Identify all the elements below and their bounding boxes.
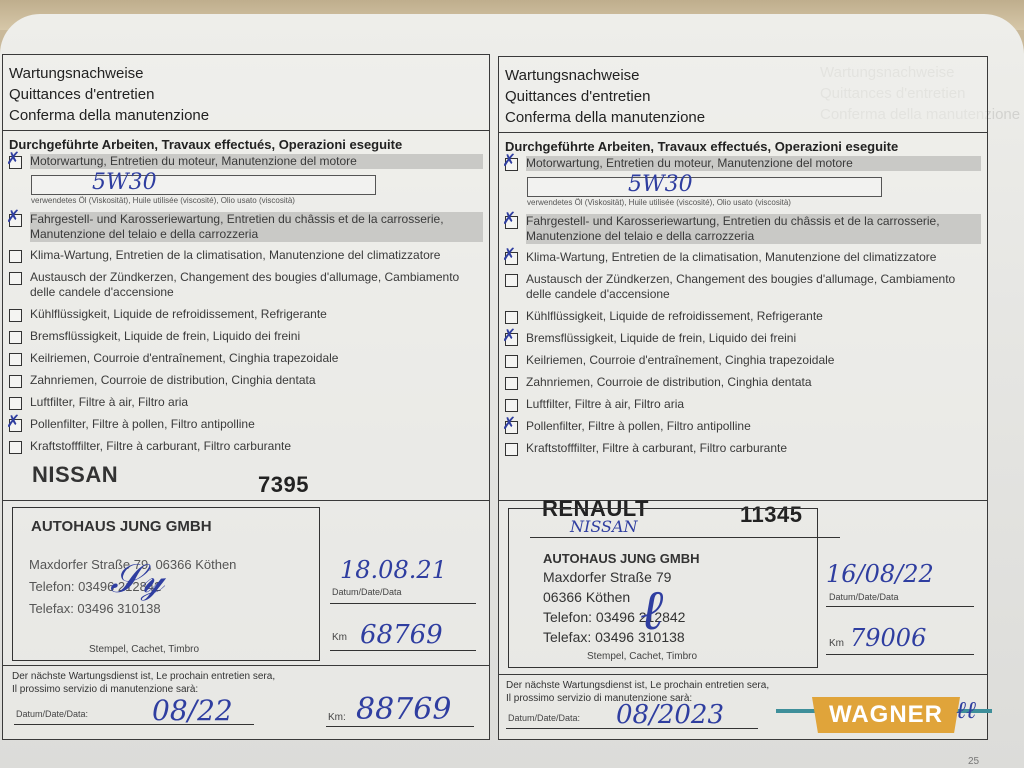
check-mark-icon: ✗ bbox=[6, 414, 20, 431]
next-service-text: Der nächste Wartungsdienst ist, Le proch… bbox=[12, 670, 275, 696]
page-number: 25 bbox=[968, 756, 979, 767]
oil-viscosity-field[interactable]: 5W30 bbox=[31, 175, 376, 195]
divider bbox=[2, 665, 490, 666]
checklist-item: Luftfilter, Filtre à air, Filtro aria bbox=[499, 397, 987, 412]
checked-checkbox[interactable]: ✗ bbox=[505, 158, 518, 171]
checklist-item: Kühlflüssigkeit, Liquide de refroidissem… bbox=[3, 307, 489, 322]
date-label: Datum/Date/Data bbox=[829, 592, 899, 602]
oil-viscosity-value: 5W30 bbox=[628, 172, 693, 197]
title-de: Wartungsnachweise bbox=[505, 65, 981, 86]
check-mark-icon: ✗ bbox=[502, 416, 516, 433]
dealer-number: 7395 bbox=[258, 472, 309, 498]
oil-caption: verwendetes Öl (Viskosität), Huile utili… bbox=[31, 196, 489, 205]
checkbox[interactable] bbox=[505, 311, 518, 324]
checked-checkbox[interactable]: ✗ bbox=[9, 156, 22, 169]
underline bbox=[826, 606, 974, 607]
km-label: Km bbox=[332, 632, 347, 643]
checkbox[interactable] bbox=[505, 399, 518, 412]
checklist-item: ✗Fahrgestell- und Karosseriewartung, Ent… bbox=[499, 214, 987, 244]
logo-text: WAGNER bbox=[829, 701, 943, 729]
checklist-item-label: Austausch der Zündkerzen, Changement des… bbox=[526, 272, 981, 302]
service-date: 16/08/22 bbox=[826, 560, 934, 588]
logo-plate: WAGNER bbox=[812, 697, 960, 733]
next-date-label: Datum/Date/Data: bbox=[16, 709, 88, 719]
checklist-item: Kraftstofffilter, Filtre à carburant, Fi… bbox=[499, 441, 987, 456]
checkbox[interactable] bbox=[9, 309, 22, 322]
checklist-item-label: Pollenfilter, Filtre à pollen, Filtro an… bbox=[526, 419, 981, 434]
checklist-item: ✗Klima-Wartung, Entretien de la climatis… bbox=[499, 250, 987, 265]
dealer-address: Maxdorfer Straße 79 06366 Köthen Telefon… bbox=[543, 567, 685, 647]
section-title: Durchgeführte Arbeiten, Travaux effectué… bbox=[505, 139, 987, 154]
checkbox[interactable] bbox=[9, 397, 22, 410]
checklist-item: Keilriemen, Courroie d'entraînement, Cin… bbox=[3, 351, 489, 366]
checklist: ✗Motorwartung, Entretien du moteur, Manu… bbox=[499, 156, 987, 456]
checkbox[interactable] bbox=[9, 441, 22, 454]
logo-wing-left bbox=[776, 709, 816, 713]
brand-stamp: NISSAN bbox=[32, 462, 118, 488]
oil-viscosity-value: 5W30 bbox=[92, 170, 157, 195]
checklist-item-label: Kraftstofffilter, Filtre à carburant, Fi… bbox=[526, 441, 981, 456]
underline bbox=[326, 726, 474, 727]
title-de: Wartungsnachweise bbox=[9, 63, 483, 84]
oil-viscosity-field[interactable]: 5W30 bbox=[527, 177, 882, 197]
checklist-item-label: Kraftstofffilter, Filtre à carburant, Fi… bbox=[30, 439, 483, 454]
checklist-item-label: Motorwartung, Entretien du moteur, Manut… bbox=[526, 156, 981, 171]
oil-section: 5W30 bbox=[31, 175, 376, 195]
check-mark-icon: ✗ bbox=[502, 247, 516, 264]
checklist-item-label: Fahrgestell- und Karosseriewartung, Entr… bbox=[30, 212, 483, 242]
service-date: 18.08.21 bbox=[340, 556, 447, 584]
checklist-item-label: Fahrgestell- und Karosseriewartung, Entr… bbox=[526, 214, 981, 244]
checklist-item: ✗Motorwartung, Entretien du moteur, Manu… bbox=[499, 156, 987, 171]
checklist-item: Bremsflüssigkeit, Liquide de frein, Liqu… bbox=[3, 329, 489, 344]
title-it: Conferma della manutenzione bbox=[9, 105, 483, 126]
checkbox[interactable] bbox=[9, 250, 22, 263]
checked-checkbox[interactable]: ✗ bbox=[505, 216, 518, 229]
next-date-value: 08/2023 bbox=[616, 700, 724, 730]
checklist-item-label: Luftfilter, Filtre à air, Filtro aria bbox=[30, 395, 483, 410]
card-header: Wartungsnachweise Quittances d'entretien… bbox=[499, 57, 987, 133]
checklist-item: ✗Bremsflüssigkeit, Liquide de frein, Liq… bbox=[499, 331, 987, 346]
checklist-item-label: Motorwartung, Entretien du moteur, Manut… bbox=[30, 154, 483, 169]
checklist-item-label: Kühlflüssigkeit, Liquide de refroidissem… bbox=[526, 309, 981, 324]
checklist-item: Austausch der Zündkerzen, Changement des… bbox=[499, 272, 987, 302]
checklist-item: Austausch der Zündkerzen, Changement des… bbox=[3, 270, 489, 300]
checked-checkbox[interactable]: ✗ bbox=[9, 419, 22, 432]
wagner-logo: WAGNER bbox=[812, 697, 960, 733]
underline bbox=[14, 724, 254, 725]
date-label: Datum/Date/Data bbox=[332, 587, 402, 597]
checked-checkbox[interactable]: ✗ bbox=[9, 214, 22, 227]
checkbox[interactable] bbox=[9, 272, 22, 285]
checklist-item: Kraftstofffilter, Filtre à carburant, Fi… bbox=[3, 439, 489, 454]
checked-checkbox[interactable]: ✗ bbox=[505, 333, 518, 346]
dealer-name: AUTOHAUS JUNG GMBH bbox=[543, 551, 700, 566]
check-mark-icon: ✗ bbox=[502, 328, 516, 345]
checklist-item: Zahnriemen, Courroie de distribution, Ci… bbox=[3, 373, 489, 388]
check-mark-icon: ✗ bbox=[502, 153, 516, 170]
checklist-item: ✗Fahrgestell- und Karosseriewartung, Ent… bbox=[3, 212, 489, 242]
title-fr: Quittances d'entretien bbox=[9, 84, 483, 105]
divider bbox=[2, 500, 490, 501]
title-fr: Quittances d'entretien bbox=[505, 86, 981, 107]
checklist-item: ✗Pollenfilter, Filtre à pollen, Filtro a… bbox=[499, 419, 987, 434]
oil-section: 5W30 bbox=[527, 177, 882, 197]
checklist-item: ✗Pollenfilter, Filtre à pollen, Filtro a… bbox=[3, 417, 489, 432]
dealer-stamp: AUTOHAUS JUNG GMBH Maxdorfer Straße 79, … bbox=[12, 507, 320, 661]
checklist-item-label: Luftfilter, Filtre à air, Filtro aria bbox=[526, 397, 981, 412]
checkbox[interactable] bbox=[9, 375, 22, 388]
check-mark-icon: ✗ bbox=[6, 151, 20, 168]
km-value: 68769 bbox=[360, 620, 443, 650]
checklist-item: ✗Motorwartung, Entretien du moteur, Manu… bbox=[3, 154, 489, 169]
checklist-item: Zahnriemen, Courroie de distribution, Ci… bbox=[499, 375, 987, 390]
stamp-caption: Stempel, Cachet, Timbro bbox=[89, 644, 199, 655]
underline bbox=[826, 654, 974, 655]
checklist-item-label: Bremsflüssigkeit, Liquide de frein, Liqu… bbox=[30, 329, 483, 344]
checkbox[interactable] bbox=[9, 353, 22, 366]
signature-mark: ℓℓ bbox=[956, 696, 976, 725]
checklist: ✗Motorwartung, Entretien du moteur, Manu… bbox=[3, 154, 489, 454]
signature: ℓ bbox=[640, 578, 663, 643]
checklist-item-label: Klima-Wartung, Entretien de la climatisa… bbox=[30, 248, 483, 263]
section-title: Durchgeführte Arbeiten, Travaux effectué… bbox=[9, 137, 489, 152]
checklist-item-label: Klima-Wartung, Entretien de la climatisa… bbox=[526, 250, 981, 265]
stamp-caption: Stempel, Cachet, Timbro bbox=[587, 651, 697, 662]
checkbox[interactable] bbox=[505, 443, 518, 456]
checklist-item-label: Bremsflüssigkeit, Liquide de frein, Liqu… bbox=[526, 331, 981, 346]
km-value: 79006 bbox=[850, 624, 926, 652]
km-label: Km bbox=[829, 638, 844, 649]
checked-checkbox[interactable]: ✗ bbox=[505, 252, 518, 265]
checklist-item-label: Kühlflüssigkeit, Liquide de refroidissem… bbox=[30, 307, 483, 322]
checklist-item-label: Zahnriemen, Courroie de distribution, Ci… bbox=[30, 373, 483, 388]
checkbox[interactable] bbox=[505, 274, 518, 287]
checklist-item: Kühlflüssigkeit, Liquide de refroidissem… bbox=[499, 309, 987, 324]
underline bbox=[506, 728, 758, 729]
signature: 𝒮𝓎 bbox=[110, 556, 164, 602]
oil-caption: verwendetes Öl (Viskosität), Huile utili… bbox=[527, 198, 987, 207]
checkbox[interactable] bbox=[505, 355, 518, 368]
checklist-item: Keilriemen, Courroie d'entraînement, Cin… bbox=[499, 353, 987, 368]
check-mark-icon: ✗ bbox=[6, 209, 20, 226]
check-mark-icon: ✗ bbox=[502, 211, 516, 228]
next-date-value: 08/22 bbox=[152, 694, 233, 727]
checklist-item-label: Pollenfilter, Filtre à pollen, Filtro an… bbox=[30, 417, 483, 432]
divider bbox=[498, 674, 988, 675]
checklist-item-label: Keilriemen, Courroie d'entraînement, Cin… bbox=[526, 353, 981, 368]
checklist-item-label: Austausch der Zündkerzen, Changement des… bbox=[30, 270, 483, 300]
next-km-value: 88769 bbox=[356, 692, 451, 727]
dealer-name: AUTOHAUS JUNG GMBH bbox=[31, 518, 212, 535]
checklist-item: Klima-Wartung, Entretien de la climatisa… bbox=[3, 248, 489, 263]
checklist-item: Luftfilter, Filtre à air, Filtro aria bbox=[3, 395, 489, 410]
card-header: Wartungsnachweise Quittances d'entretien… bbox=[3, 55, 489, 131]
checkbox[interactable] bbox=[505, 377, 518, 390]
checklist-item-label: Zahnriemen, Courroie de distribution, Ci… bbox=[526, 375, 981, 390]
checked-checkbox[interactable]: ✗ bbox=[505, 421, 518, 434]
checklist-item-label: Keilriemen, Courroie d'entraînement, Cin… bbox=[30, 351, 483, 366]
next-km-label: Km: bbox=[328, 712, 346, 723]
underline bbox=[330, 650, 476, 651]
underline bbox=[330, 603, 476, 604]
checkbox[interactable] bbox=[9, 331, 22, 344]
next-date-label: Datum/Date/Data: bbox=[508, 713, 580, 723]
title-it: Conferma della manutenzione bbox=[505, 107, 981, 128]
